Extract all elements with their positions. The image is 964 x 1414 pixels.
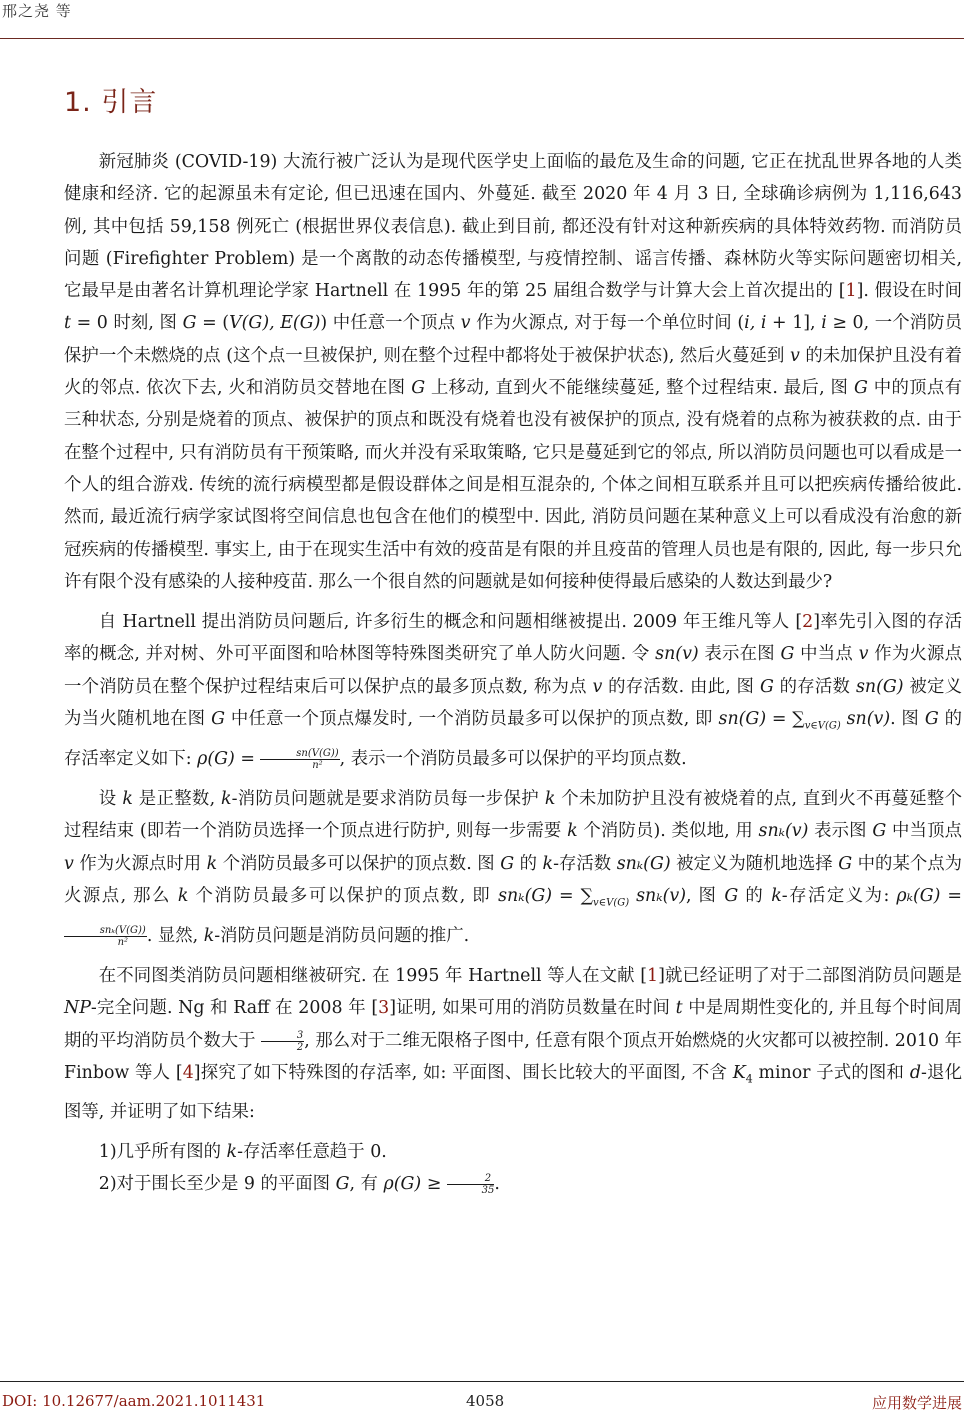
header-rule <box>0 38 964 39</box>
fraction: sn(V(G))n² <box>260 748 339 771</box>
footer-doi-link[interactable]: DOI: 10.12677/aam.2021.1011431 <box>2 1392 265 1410</box>
body-text: 新冠肺炎 (COVID-19) 大流行被广泛认为是现代医学史上面临的最危及生命的… <box>64 146 962 1201</box>
paragraph-related-work: 在不同图类消防员问题相继被研究. 在 1995 年 Hartnell 等人在文献… <box>64 960 962 1128</box>
citation-link[interactable]: 3 <box>378 998 389 1018</box>
fraction: 235 <box>447 1173 495 1196</box>
citation-link[interactable]: 2 <box>802 612 813 632</box>
citation-link[interactable]: 1 <box>647 966 658 986</box>
result-item-2: 2)对于围长至少是 9 的平面图 G, 有 ρ(G) ≥ 235. <box>64 1168 962 1200</box>
citation-link[interactable]: 4 <box>183 1063 194 1083</box>
paragraph-k-firefighter: 设 k 是正整数, k-消防员问题就是要求消防员每一步保护 k 个未加防护且没有… <box>64 783 962 952</box>
section-title: 1. 引言 <box>64 80 157 119</box>
fraction: 32 <box>261 1030 304 1053</box>
result-item-1: 1)几乎所有图的 k-存活率任意趋于 0. <box>64 1136 962 1168</box>
paragraph-survival-rate: 自 Hartnell 提出消防员问题后, 许多衍生的概念和问题相继被提出. 20… <box>64 606 962 775</box>
citation-link[interactable]: 1 <box>846 281 857 301</box>
fraction: snₖ(V(G))n² <box>64 925 147 948</box>
journal-name-link[interactable]: 应用数学进展 <box>872 1392 962 1413</box>
page-number: 4058 <box>466 1392 504 1410</box>
running-head-authors: 邢之尧 等 <box>2 0 72 21</box>
paragraph-intro: 新冠肺炎 (COVID-19) 大流行被广泛认为是现代医学史上面临的最危及生命的… <box>64 146 962 598</box>
footer-rule <box>0 1381 964 1382</box>
